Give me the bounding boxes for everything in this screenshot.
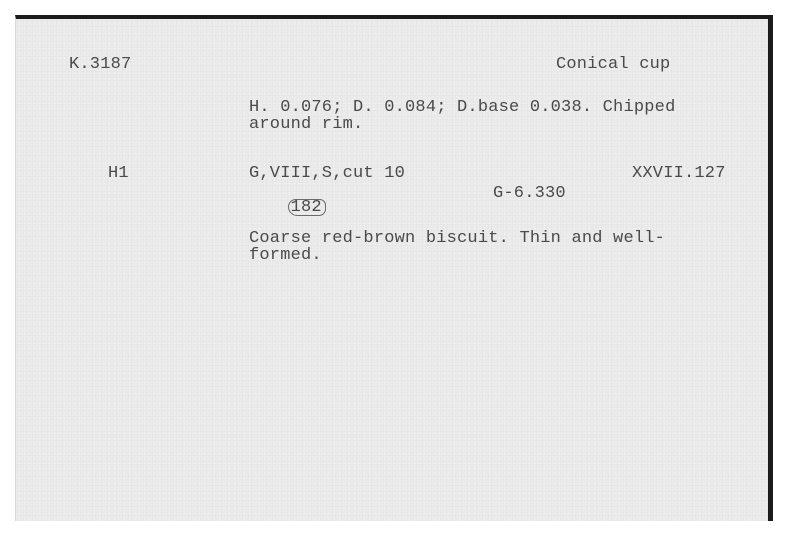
object-type: Conical cup (556, 56, 670, 73)
catalog-number: K.3187 (69, 56, 131, 73)
dimensions-line-1: H. 0.076; D. 0.084; D.base 0.038. Chippe… (249, 99, 675, 116)
description-line-1: Coarse red-brown biscuit. Thin and well- (249, 230, 665, 247)
context-line: G,VIII,S,cut 10 (249, 165, 405, 182)
plate-reference: XXVII.127 (632, 165, 726, 182)
circled-number: 182 (288, 199, 326, 216)
location-code: H1 (108, 165, 129, 182)
description-line-2: formed. (249, 247, 322, 264)
circled-number-wrap: 182 (249, 182, 326, 233)
negative-reference: G-6.330 (493, 185, 566, 202)
dimensions-line-2: around rim. (249, 116, 363, 133)
catalog-card: K.3187 Conical cup H. 0.076; D. 0.084; D… (15, 15, 773, 521)
